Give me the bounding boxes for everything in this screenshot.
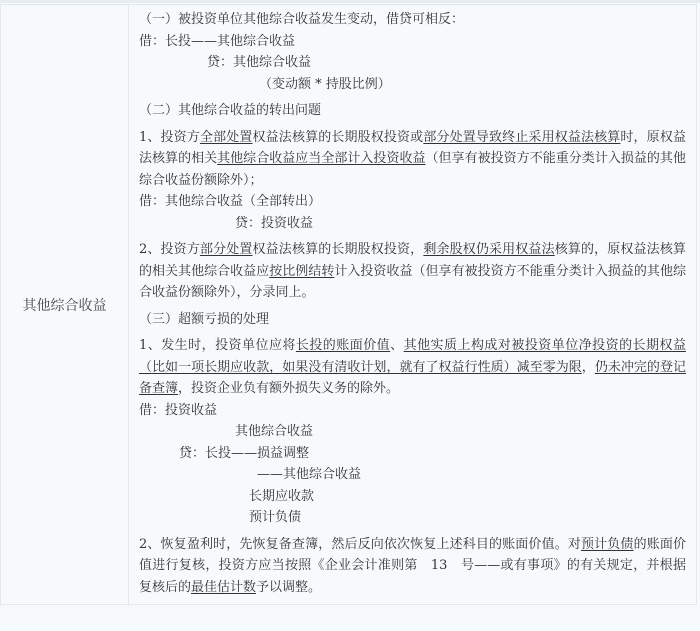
- section-3-credit-entry-2: ——其他综合收益: [139, 464, 686, 486]
- text: 1、发生时，投资单位应将: [139, 338, 296, 353]
- top-border-strip: [0, 0, 700, 3]
- section-1-entry-note: （变动额 * 持股比例）: [139, 74, 686, 96]
- section-2-credit-entry: 贷：投资收益: [139, 213, 686, 235]
- section-3-credit-entry-4: 预计负债: [139, 507, 686, 529]
- section-1-debit-entry: 借：长投——其他综合收益: [139, 31, 686, 53]
- underlined-text: 预计负债: [581, 537, 634, 552]
- section-2-title: （二）其他综合收益的转出问题: [139, 100, 686, 122]
- table-row: 其他综合收益 （一）被投资单位其他综合收益发生变动，借贷可相反： 借：长投——其…: [1, 5, 697, 605]
- text: 权益法核算的长期股权投资或: [253, 130, 424, 145]
- section-2-paragraph-2: 2、投资方部分处置权益法核算的长期股权投资，剩余股权仍采用权益法核算的，原权益法…: [139, 239, 686, 304]
- underlined-text: 最佳估计数: [191, 580, 256, 595]
- underlined-text: 部分处置: [200, 242, 253, 257]
- text: 1、投资方: [139, 130, 200, 145]
- section-3-credit-entry: 贷：长投——损益调整: [139, 443, 686, 465]
- section-2-paragraph-1: 1、投资方全部处置权益法核算的长期股权投资或部分处置导致终止采用权益法核算时，原…: [139, 127, 686, 192]
- section-3-debit-entry: 借：投资收益: [139, 400, 686, 422]
- underlined-text: 剩余股权仍采用权益法: [423, 242, 554, 257]
- text: 、: [390, 338, 403, 353]
- underlined-text: 长投的账面价值: [296, 338, 390, 353]
- section-3-credit-entry-3: 长期应收款: [139, 486, 686, 508]
- row-label: 其他综合收益: [23, 298, 107, 314]
- section-3-title: （三）超额亏损的处理: [139, 309, 686, 331]
- row-content-cell: （一）被投资单位其他综合收益发生变动，借贷可相反： 借：长投——其他综合收益 贷…: [129, 5, 697, 605]
- section-1-title: （一）被投资单位其他综合收益发生变动，借贷可相反：: [139, 9, 686, 31]
- text: 2、投资方: [139, 242, 200, 257]
- section-3-debit-entry-2: 其他综合收益: [139, 421, 686, 443]
- row-label-cell: 其他综合收益: [1, 5, 129, 605]
- content-table: 其他综合收益 （一）被投资单位其他综合收益发生变动，借贷可相反： 借：长投——其…: [0, 4, 697, 605]
- section-2-debit-entry: 借：其他综合收益（全部转出）: [139, 191, 686, 213]
- section-3-paragraph-2: 2、恢复盈利时，先恢复备查簿，然后反向依次恢复上述科目的账面价值。对预计负债的账…: [139, 534, 686, 599]
- text: 2、恢复盈利时，先恢复备查簿，然后反向依次恢复上述科目的账面价值。对: [139, 537, 581, 552]
- underlined-text: 按比例结转: [269, 264, 334, 279]
- underlined-text: 其他综合收益应当全部计入投资收益: [217, 151, 425, 166]
- underlined-text: 部分处置导致终止采用权益法核算: [423, 130, 620, 145]
- text: 予以调整。: [256, 580, 321, 595]
- section-3-paragraph-1: 1、发生时，投资单位应将长投的账面价值、其他实质上构成对被投资单位净投资的长期权…: [139, 335, 686, 400]
- text: 权益法核算的长期股权投资，: [253, 242, 424, 257]
- text: ，投资企业负有额外损失义务的除外。: [178, 381, 399, 396]
- text: ，: [582, 360, 595, 375]
- underlined-text: 全部处置: [200, 130, 253, 145]
- section-1-credit-entry: 贷：其他综合收益: [139, 52, 686, 74]
